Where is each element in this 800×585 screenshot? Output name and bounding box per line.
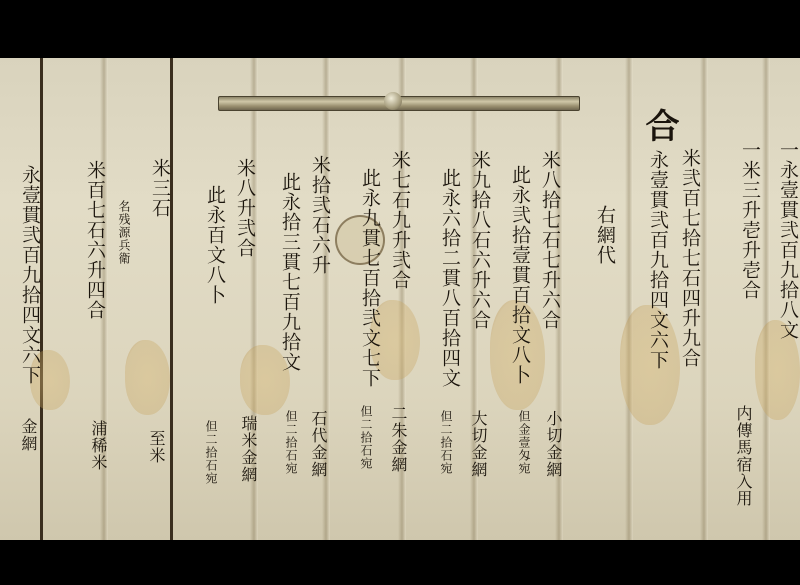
calligraphy-column: 但金壹匁宛	[518, 410, 530, 475]
calligraphy-column: 一米三升壱升壱合	[740, 140, 759, 300]
calligraphy-column: 此永弐拾壹貫百拾文八卜	[510, 165, 529, 385]
paper-fold	[762, 58, 770, 540]
calligraphy-column: 内傳馬宿入用	[735, 405, 751, 507]
paperweight-knob	[384, 92, 402, 110]
water-stain	[125, 340, 170, 415]
calligraphy-column: 此永六拾二貫八百拾四文	[440, 168, 459, 388]
calligraphy-column: 米八升弐合	[235, 158, 254, 258]
calligraphy-column: 米拾弐石六升	[310, 155, 329, 275]
calligraphy-column: 但二拾石宛	[440, 410, 452, 475]
calligraphy-column: 名残源兵衛	[118, 200, 130, 265]
calligraphy-column: 此永九貫七百拾弐文七下	[360, 168, 379, 388]
calligraphy-column: 瑞米金網	[240, 415, 256, 483]
calligraphy-column: 米九拾八石六升六合	[470, 150, 489, 330]
calligraphy-column: 浦稀米	[90, 420, 106, 471]
calligraphy-column: 此永拾三貫七百九拾文	[280, 172, 299, 372]
calligraphy-column: 一永壹貫弐百九拾八文	[778, 140, 797, 340]
calligraphy-column: 二朱金網	[390, 405, 406, 473]
calligraphy-column: 此永百文八卜	[205, 185, 224, 305]
calligraphy-column: 米七石九升弐合	[390, 150, 409, 290]
calligraphy-column: 米百七石六升四合	[85, 160, 104, 320]
calligraphy-column: 金網	[20, 418, 36, 452]
calligraphy-column: 米弐百七拾七石四升九合	[680, 148, 699, 368]
calligraphy-column: 米八拾七石七升六合	[540, 150, 559, 330]
calligraphy-column: 米三石	[150, 158, 169, 218]
paper-fold	[625, 58, 633, 540]
calligraphy-column: 石代金網	[310, 410, 326, 478]
calligraphy-column: 右網代	[595, 205, 614, 265]
calligraphy-column: 小切金網	[545, 410, 561, 478]
calligraphy-column: 永壹貫弐百九拾四文六下	[648, 150, 667, 370]
calligraphy-column: 但二拾石宛	[360, 405, 372, 470]
calligraphy-column: 永壹貫弐百九拾四文六下	[20, 165, 39, 385]
calligraphy-column: 但二拾石宛	[285, 410, 297, 475]
calligraphy-column: 但二拾石宛	[205, 420, 217, 485]
calligraphy-column: 大切金網	[470, 410, 486, 478]
panel-gap	[170, 58, 173, 540]
paper-fold	[700, 58, 708, 540]
calligraphy-column: 至米	[148, 430, 164, 464]
calligraphy-column: 合	[642, 108, 676, 143]
